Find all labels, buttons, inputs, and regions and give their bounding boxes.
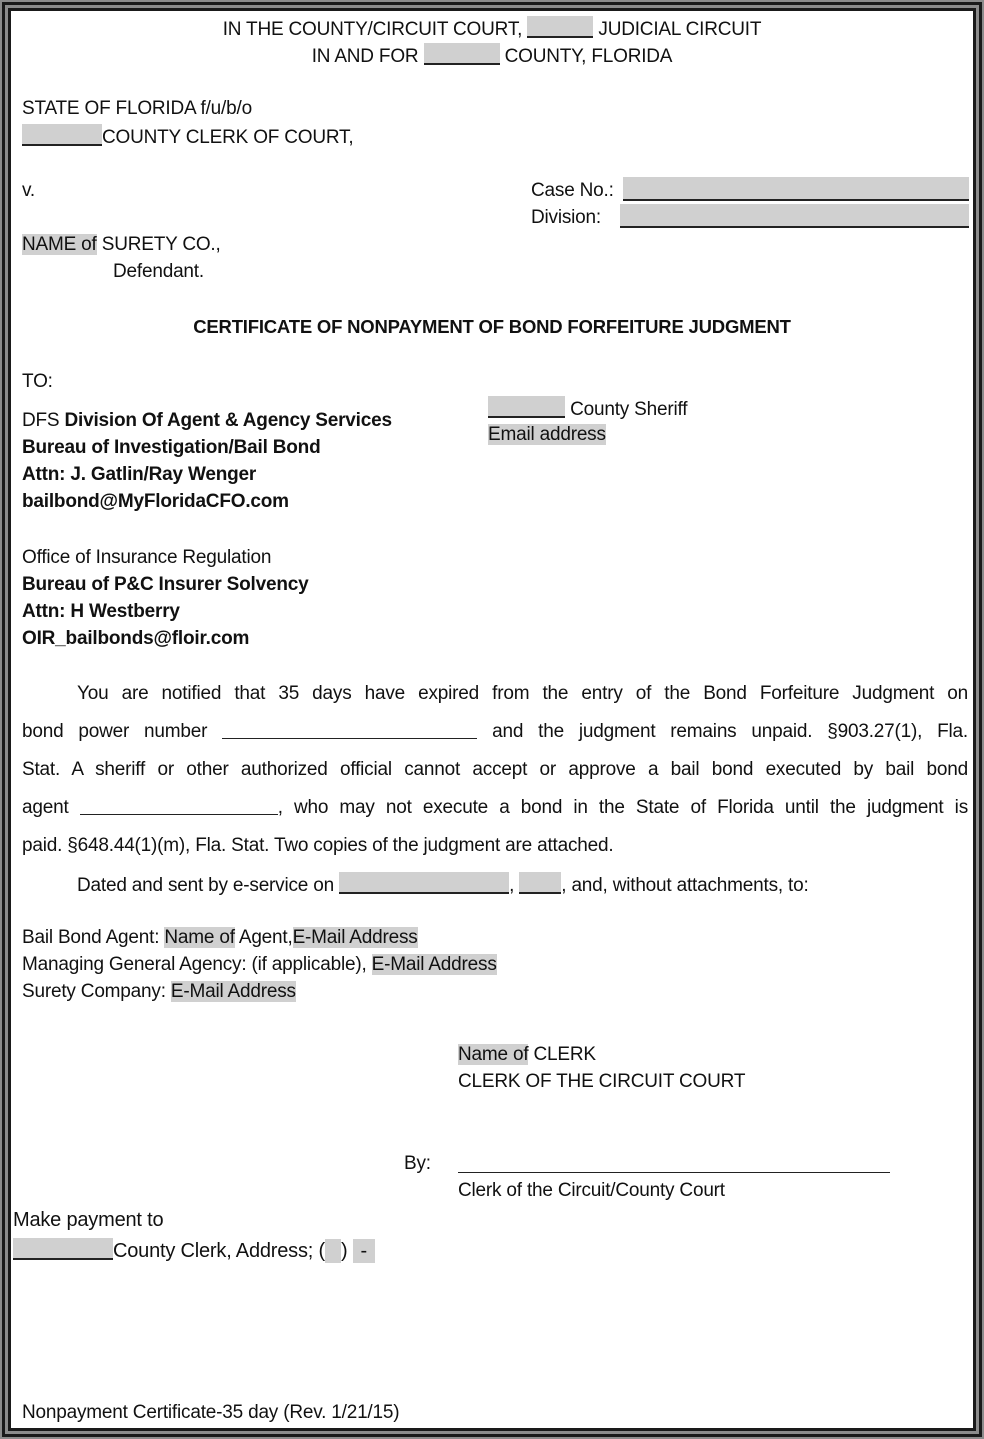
phone-number-field[interactable]: - (353, 1239, 375, 1263)
dfs-line1: DFS Division Of Agent & Agency Services (22, 409, 392, 433)
court-header-line2: IN AND FOR COUNTY, FLORIDA (11, 43, 973, 69)
defendant-label: Defendant. (113, 260, 204, 284)
service-agent-line: Bail Bond Agent: Name of Agent,E-Mail Ad… (22, 926, 418, 950)
sheriff-line: County Sheriff (488, 396, 687, 422)
court-header-line1: IN THE COUNTY/CIRCUIT COURT, JUDICIAL CI… (11, 16, 973, 42)
agent-name-field[interactable]: Name of (164, 927, 234, 948)
payment-address-line: County Clerk, Address; () - (13, 1238, 375, 1263)
surety-label: Surety Company: (22, 981, 166, 1002)
body-text: , who may not execute a bond in the Stat… (278, 797, 968, 818)
oir-line2: Bureau of P&C Insurer Solvency (22, 573, 308, 597)
plaintiff-text: COUNTY CLERK OF COURT, (102, 127, 353, 148)
case-no-label: Case No.: (531, 179, 614, 203)
service-surety-line: Surety Company: E-Mail Address (22, 980, 296, 1004)
body-text: bond power number (22, 721, 207, 742)
service-year-field[interactable] (519, 872, 561, 894)
dated-text: Dated and sent by e-service on (77, 875, 334, 896)
payment-text: County Clerk, Address; ( (113, 1240, 325, 1262)
division-field[interactable] (620, 204, 969, 228)
header-text: JUDICIAL CIRCUIT (598, 19, 761, 40)
versus-label: v. (22, 179, 35, 203)
clerk-name-field[interactable]: Name of (458, 1044, 528, 1065)
body-line3: Stat. A sheriff or other authorized offi… (22, 751, 968, 789)
dfs-line3: Attn: J. Gatlin/Ray Wenger (22, 463, 256, 487)
by-label: By: (404, 1152, 431, 1176)
service-mga-line: Managing General Agency: (if applicable)… (22, 953, 497, 977)
document-title: CERTIFICATE OF NONPAYMENT OF BOND FORFEI… (11, 315, 973, 339)
body-text: agent (22, 797, 69, 818)
dfs-prefix: DFS (22, 410, 59, 431)
plaintiff-line2: COUNTY CLERK OF COURT, (22, 124, 353, 150)
body-text: and the judgment remains unpaid. §903.27… (492, 721, 968, 742)
clerk-county-blank-field[interactable] (22, 124, 102, 146)
document-page: IN THE COUNTY/CIRCUIT COURT, JUDICIAL CI… (11, 11, 973, 1428)
mga-label: Managing General Agency: (if applicable)… (22, 954, 367, 975)
division-label: Division: (531, 206, 601, 230)
oir-email: OIR_bailbonds@floir.com (22, 627, 249, 651)
body-line1: You are notified that 35 days have expir… (22, 675, 968, 713)
service-date-field[interactable] (339, 872, 509, 894)
clerk-suffix: CLERK (534, 1044, 596, 1065)
mga-email-field[interactable]: E-Mail Address (372, 954, 497, 975)
defendant-name-field[interactable]: NAME of (22, 234, 97, 255)
clerk-name-line: Name of CLERK (458, 1043, 596, 1067)
dated-text: , and, without attachments, to: (561, 875, 808, 896)
body-line2: bond power number and the judgment remai… (22, 713, 968, 751)
dfs-line2: Bureau of Investigation/Bail Bond (22, 436, 320, 460)
agent-suffix: Agent, (239, 927, 293, 948)
dated-line: Dated and sent by e-service on , , and, … (77, 872, 809, 898)
plaintiff-line1: STATE OF FLORIDA f/u/b/o (22, 97, 252, 121)
clerk-title: CLERK OF THE CIRCUIT COURT (458, 1070, 745, 1094)
dfs-email: bailbond@MyFloridaCFO.com (22, 490, 289, 514)
county-blank-field[interactable] (424, 43, 500, 65)
header-text: COUNTY, FLORIDA (505, 46, 673, 67)
form-footer: Nonpayment Certificate-35 day (Rev. 1/21… (22, 1401, 399, 1425)
oir-line1: Office of Insurance Regulation (22, 546, 271, 570)
defendant-name: SURETY CO., (102, 234, 221, 255)
circuit-blank-field[interactable] (527, 16, 593, 38)
body-line4: agent , who may not execute a bond in th… (22, 789, 968, 827)
sheriff-county-field[interactable] (488, 396, 565, 418)
to-label: TO: (22, 370, 53, 394)
body-line5: paid. §648.44(1)(m), Fla. Stat. Two copi… (22, 827, 968, 865)
payment-paren: ) (341, 1240, 347, 1262)
payment-county-field[interactable] (13, 1238, 113, 1260)
agent-label: Bail Bond Agent: (22, 927, 159, 948)
area-code-field[interactable] (325, 1239, 341, 1263)
defendant-line: NAME of SURETY CO., (22, 233, 221, 257)
agent-name-field[interactable] (80, 796, 278, 815)
dated-comma: , (509, 875, 514, 896)
payment-label: Make payment to (13, 1208, 163, 1232)
agent-email-field[interactable]: E-Mail Address (293, 927, 418, 948)
sheriff-email-field[interactable]: Email address (488, 424, 606, 445)
dfs-division: Division Of Agent & Agency Services (65, 410, 392, 431)
case-no-field[interactable] (623, 177, 969, 201)
signature-caption: Clerk of the Circuit/County Court (458, 1179, 725, 1203)
bond-power-number-field[interactable] (222, 720, 477, 739)
header-text: IN AND FOR (312, 46, 419, 67)
phone-dash: - (361, 1240, 367, 1262)
signature-line[interactable] (458, 1172, 890, 1173)
header-text: IN THE COUNTY/CIRCUIT COURT, (223, 19, 522, 40)
oir-line3: Attn: H Westberry (22, 600, 180, 624)
sheriff-label: County Sheriff (570, 399, 687, 420)
surety-email-field[interactable]: E-Mail Address (171, 981, 296, 1002)
sheriff-email-line: Email address (488, 423, 606, 447)
